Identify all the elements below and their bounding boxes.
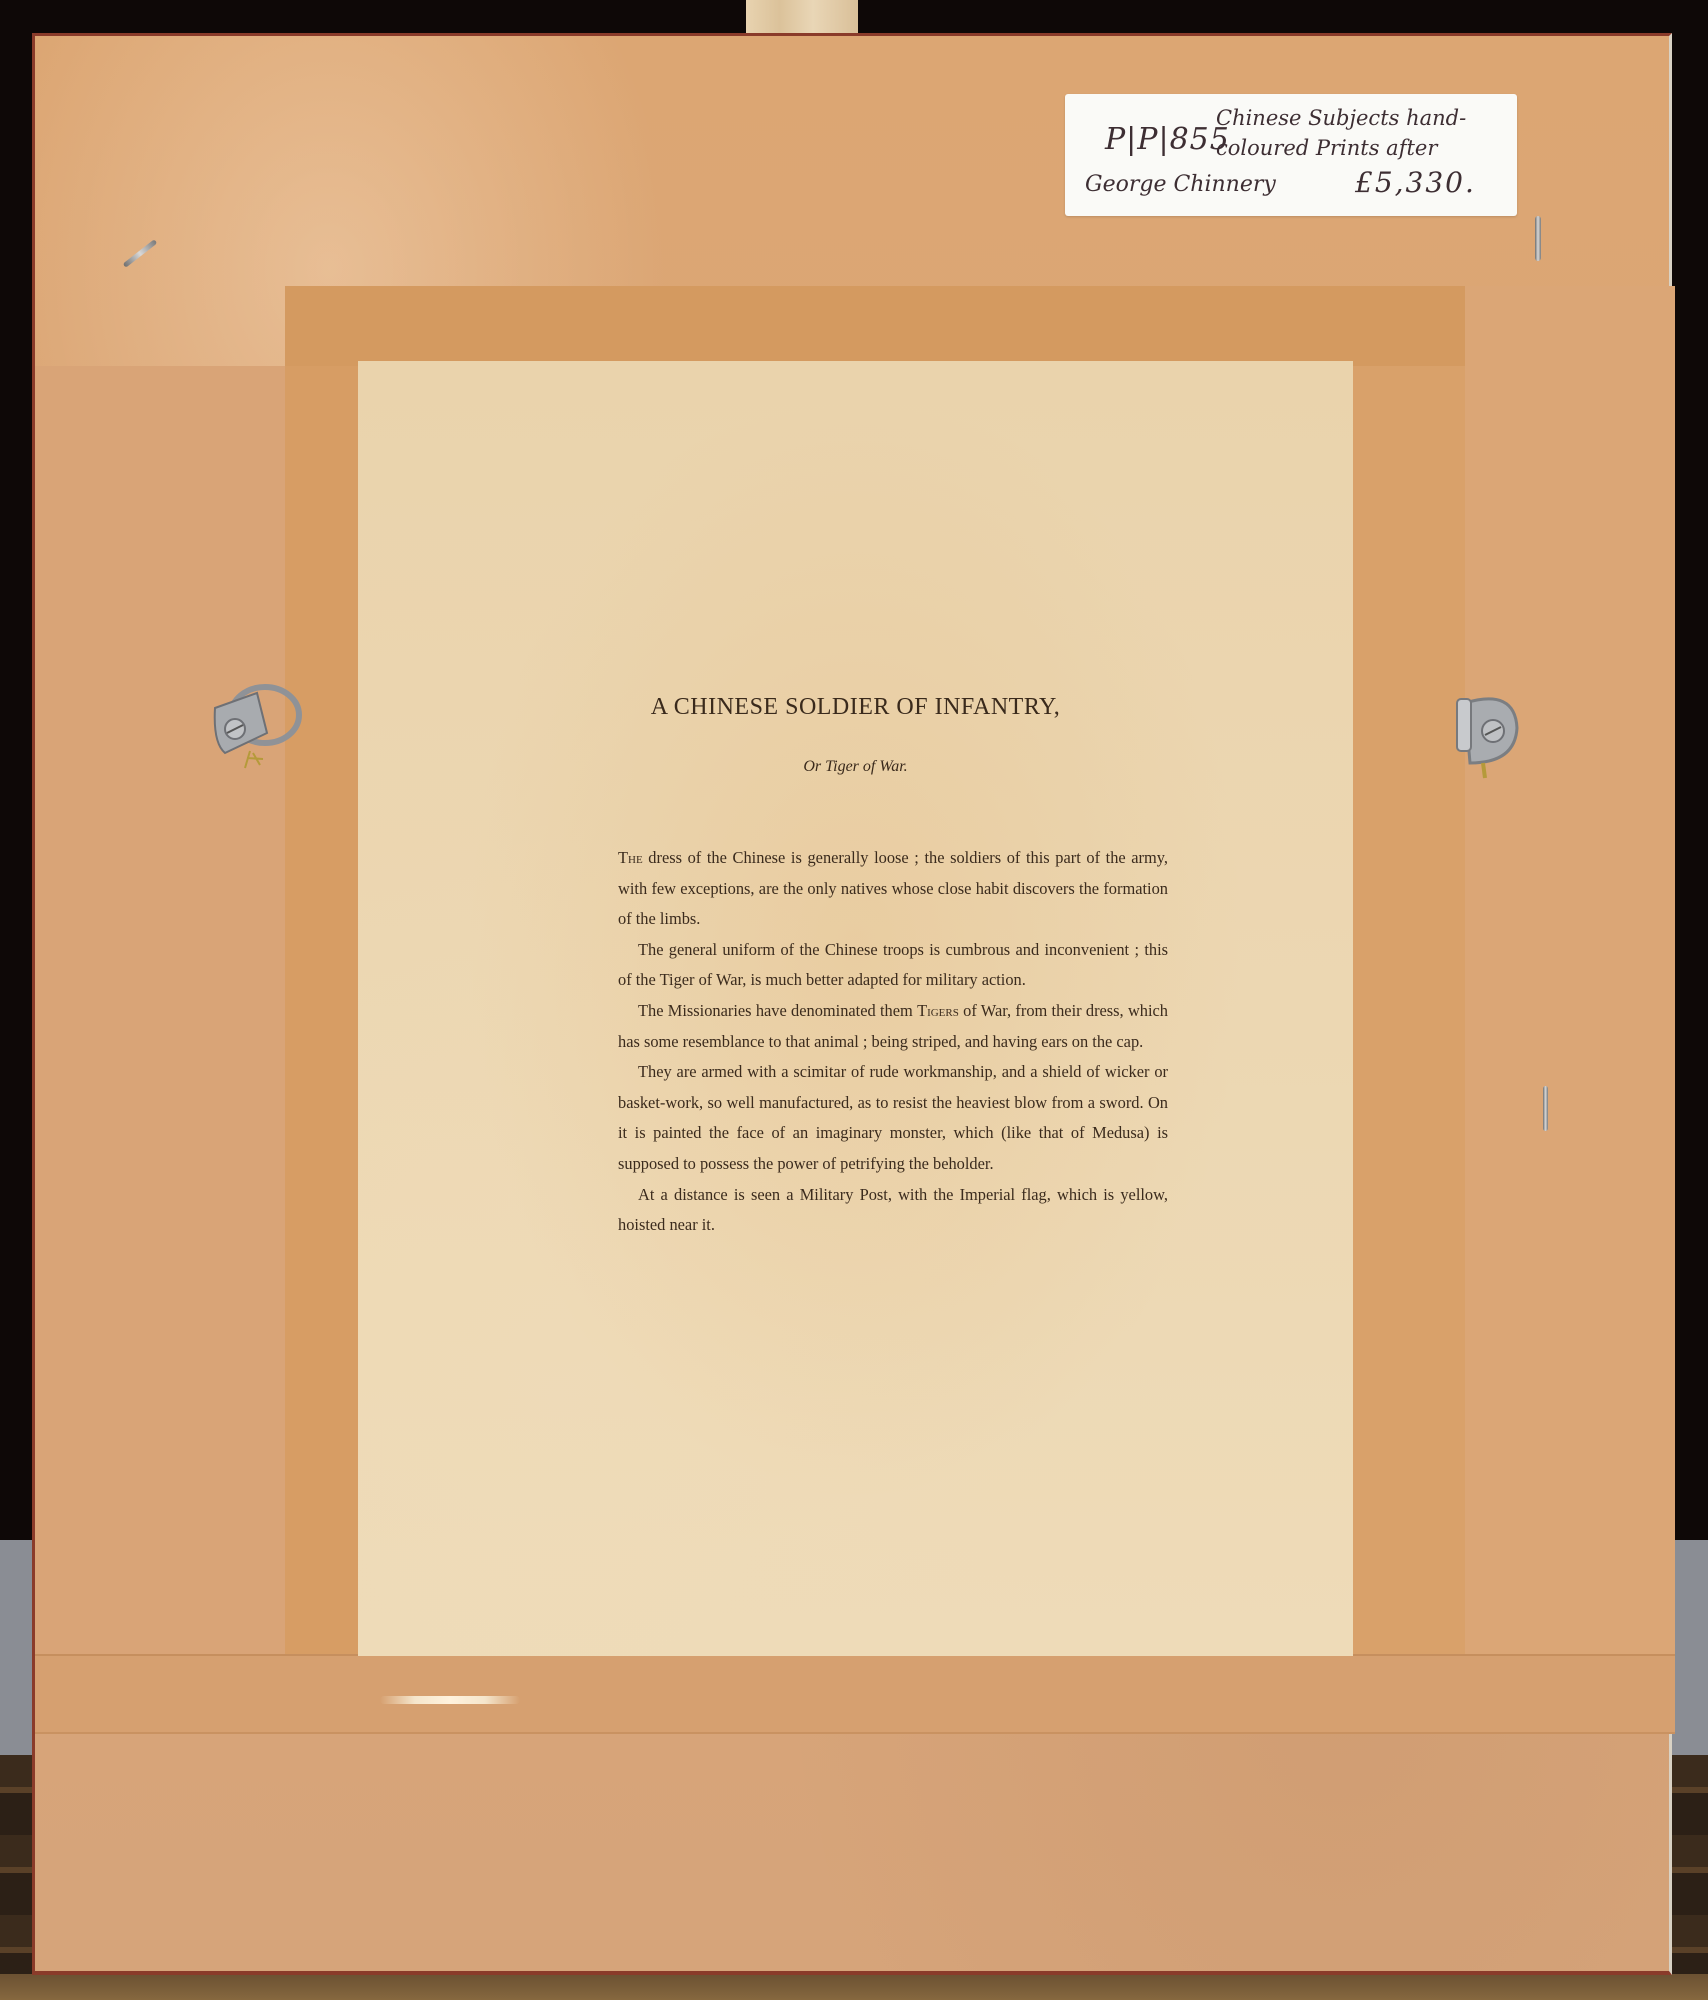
tape-strip-right xyxy=(1350,366,1465,1666)
tape-strip-bottom xyxy=(35,1654,1675,1734)
d-ring-hanger-icon xyxy=(1445,683,1525,783)
staple-icon xyxy=(1535,216,1541,261)
sheet-body: The dress of the Chinese is generally lo… xyxy=(618,843,1168,1241)
paragraph: The general uniform of the Chinese troop… xyxy=(618,935,1168,996)
sheet-subtitle: Or Tiger of War. xyxy=(358,758,1353,776)
staple-icon xyxy=(123,239,158,268)
backing-board: A CHINESE SOLDIER OF INFANTRY, Or Tiger … xyxy=(32,33,1672,1975)
label-price: £5,330. xyxy=(1355,166,1476,199)
label-description: Chinese Subjects hand- xyxy=(1216,106,1466,130)
staple-icon xyxy=(1543,1086,1548,1131)
label-description: coloured Prints after xyxy=(1216,136,1437,160)
background-wall xyxy=(0,1540,34,1760)
backing-paper-left xyxy=(35,366,285,1656)
paragraph: They are armed with a scimitar of rude w… xyxy=(618,1057,1168,1179)
verso-text-sheet: A CHINESE SOLDIER OF INFANTRY, Or Tiger … xyxy=(358,361,1353,1656)
d-ring-hanger-icon xyxy=(205,673,315,783)
paragraph: The dress of the Chinese is generally lo… xyxy=(618,843,1168,935)
label-artist: George Chinnery xyxy=(1085,172,1276,197)
tape-tear xyxy=(380,1696,520,1704)
paragraph: At a distance is seen a Military Post, w… xyxy=(618,1180,1168,1241)
backing-paper-right xyxy=(1465,286,1675,1656)
sheet-title: A CHINESE SOLDIER OF INFANTRY, xyxy=(358,694,1353,721)
paragraph: The Missionaries have denominated them T… xyxy=(618,996,1168,1057)
label-reference: P|P|855 xyxy=(1105,122,1230,157)
handwritten-label: P|P|855 Chinese Subjects hand- coloured … xyxy=(1065,94,1517,216)
